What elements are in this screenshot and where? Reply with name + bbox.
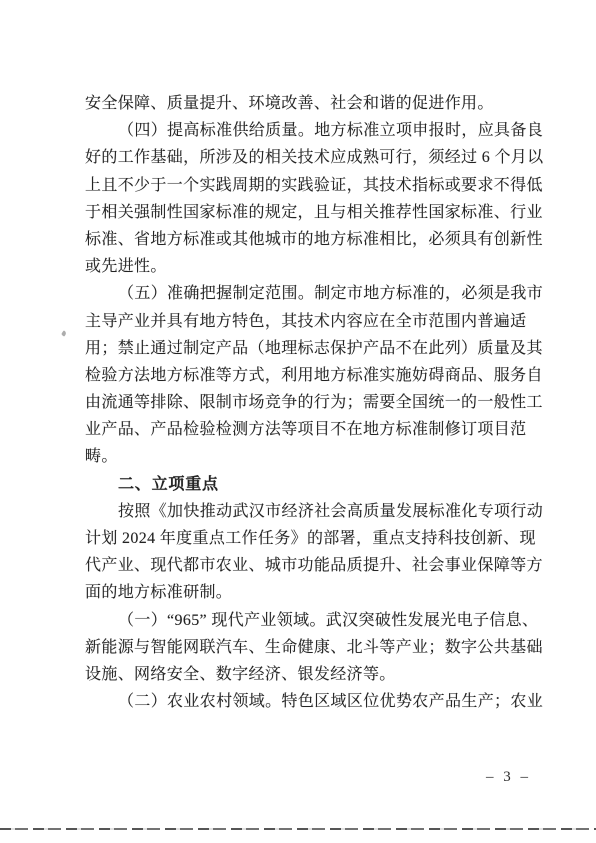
text-line: 由流通等排除、限制市场竞争的行为；需要全国统一的一般性工 (85, 389, 525, 416)
text-line: 设施、网络安全、数字经济、银发经济等。 (85, 661, 525, 688)
text-line: （二）农业农村领域。特色区域区位优势农产品生产；农业 (85, 688, 525, 715)
text-line: 或先进性。 (85, 253, 525, 280)
text-line: 于相关强制性国家标准的规定，且与相关推荐性国家标准、行业 (85, 199, 525, 226)
scan-speck-artifact (61, 330, 67, 336)
text-line: （五）准确把握制定范围。制定市地方标准的，必须是我市 (85, 280, 525, 307)
section-heading: 二、立项重点 (85, 471, 525, 498)
text-line: 业产品、产品检验检测方法等项目不在地方标准制修订项目范 (85, 416, 525, 443)
text-line: 标准、省地方标准或其他城市的地方标准相比，必须具有创新性 (85, 226, 525, 253)
text-line: 上且不少于一个实践周期的实践验证，其技术指标或要求不得低 (85, 172, 525, 199)
text-line: 面的地方标准研制。 (85, 579, 525, 606)
text-line: 畴。 (85, 443, 525, 470)
page-number: – 3 – (486, 769, 531, 786)
text-line: 代产业、现代都市农业、城市功能品质提升、社会事业保障等方 (85, 552, 525, 579)
text-line: 新能源与智能网联汽车、生命健康、北斗等产业；数字公共基础 (85, 634, 525, 661)
text-line: 按照《加快推动武汉市经济社会高质量发展标准化专项行动 (85, 498, 525, 525)
text-line: 检验方法地方标准等方式，利用地方标准实施妨碍商品、服务自 (85, 362, 525, 389)
document-body: 安全保障、质量提升、环境改善、社会和谐的促进作用。 （四）提高标准供给质量。地方… (85, 90, 525, 715)
scan-edge-artifact (0, 828, 596, 830)
document-page: 安全保障、质量提升、环境改善、社会和谐的促进作用。 （四）提高标准供给质量。地方… (0, 0, 596, 843)
text-line: 安全保障、质量提升、环境改善、社会和谐的促进作用。 (85, 90, 525, 117)
text-line: 计划 2024 年度重点工作任务》的部署，重点支持科技创新、现 (85, 525, 525, 552)
text-line: 用；禁止通过制定产品（地理标志保护产品不在此列）质量及其 (85, 335, 525, 362)
text-line: 主导产业并具有地方特色，其技术内容应在全市范围内普遍适 (85, 308, 525, 335)
text-line: 好的工作基础，所涉及的相关技术应成熟可行，须经过 6 个月以 (85, 144, 525, 171)
text-line: （一）“965” 现代产业领域。武汉突破性发展光电子信息、 (85, 607, 525, 634)
text-line: （四）提高标准供给质量。地方标准立项申报时，应具备良 (85, 117, 525, 144)
